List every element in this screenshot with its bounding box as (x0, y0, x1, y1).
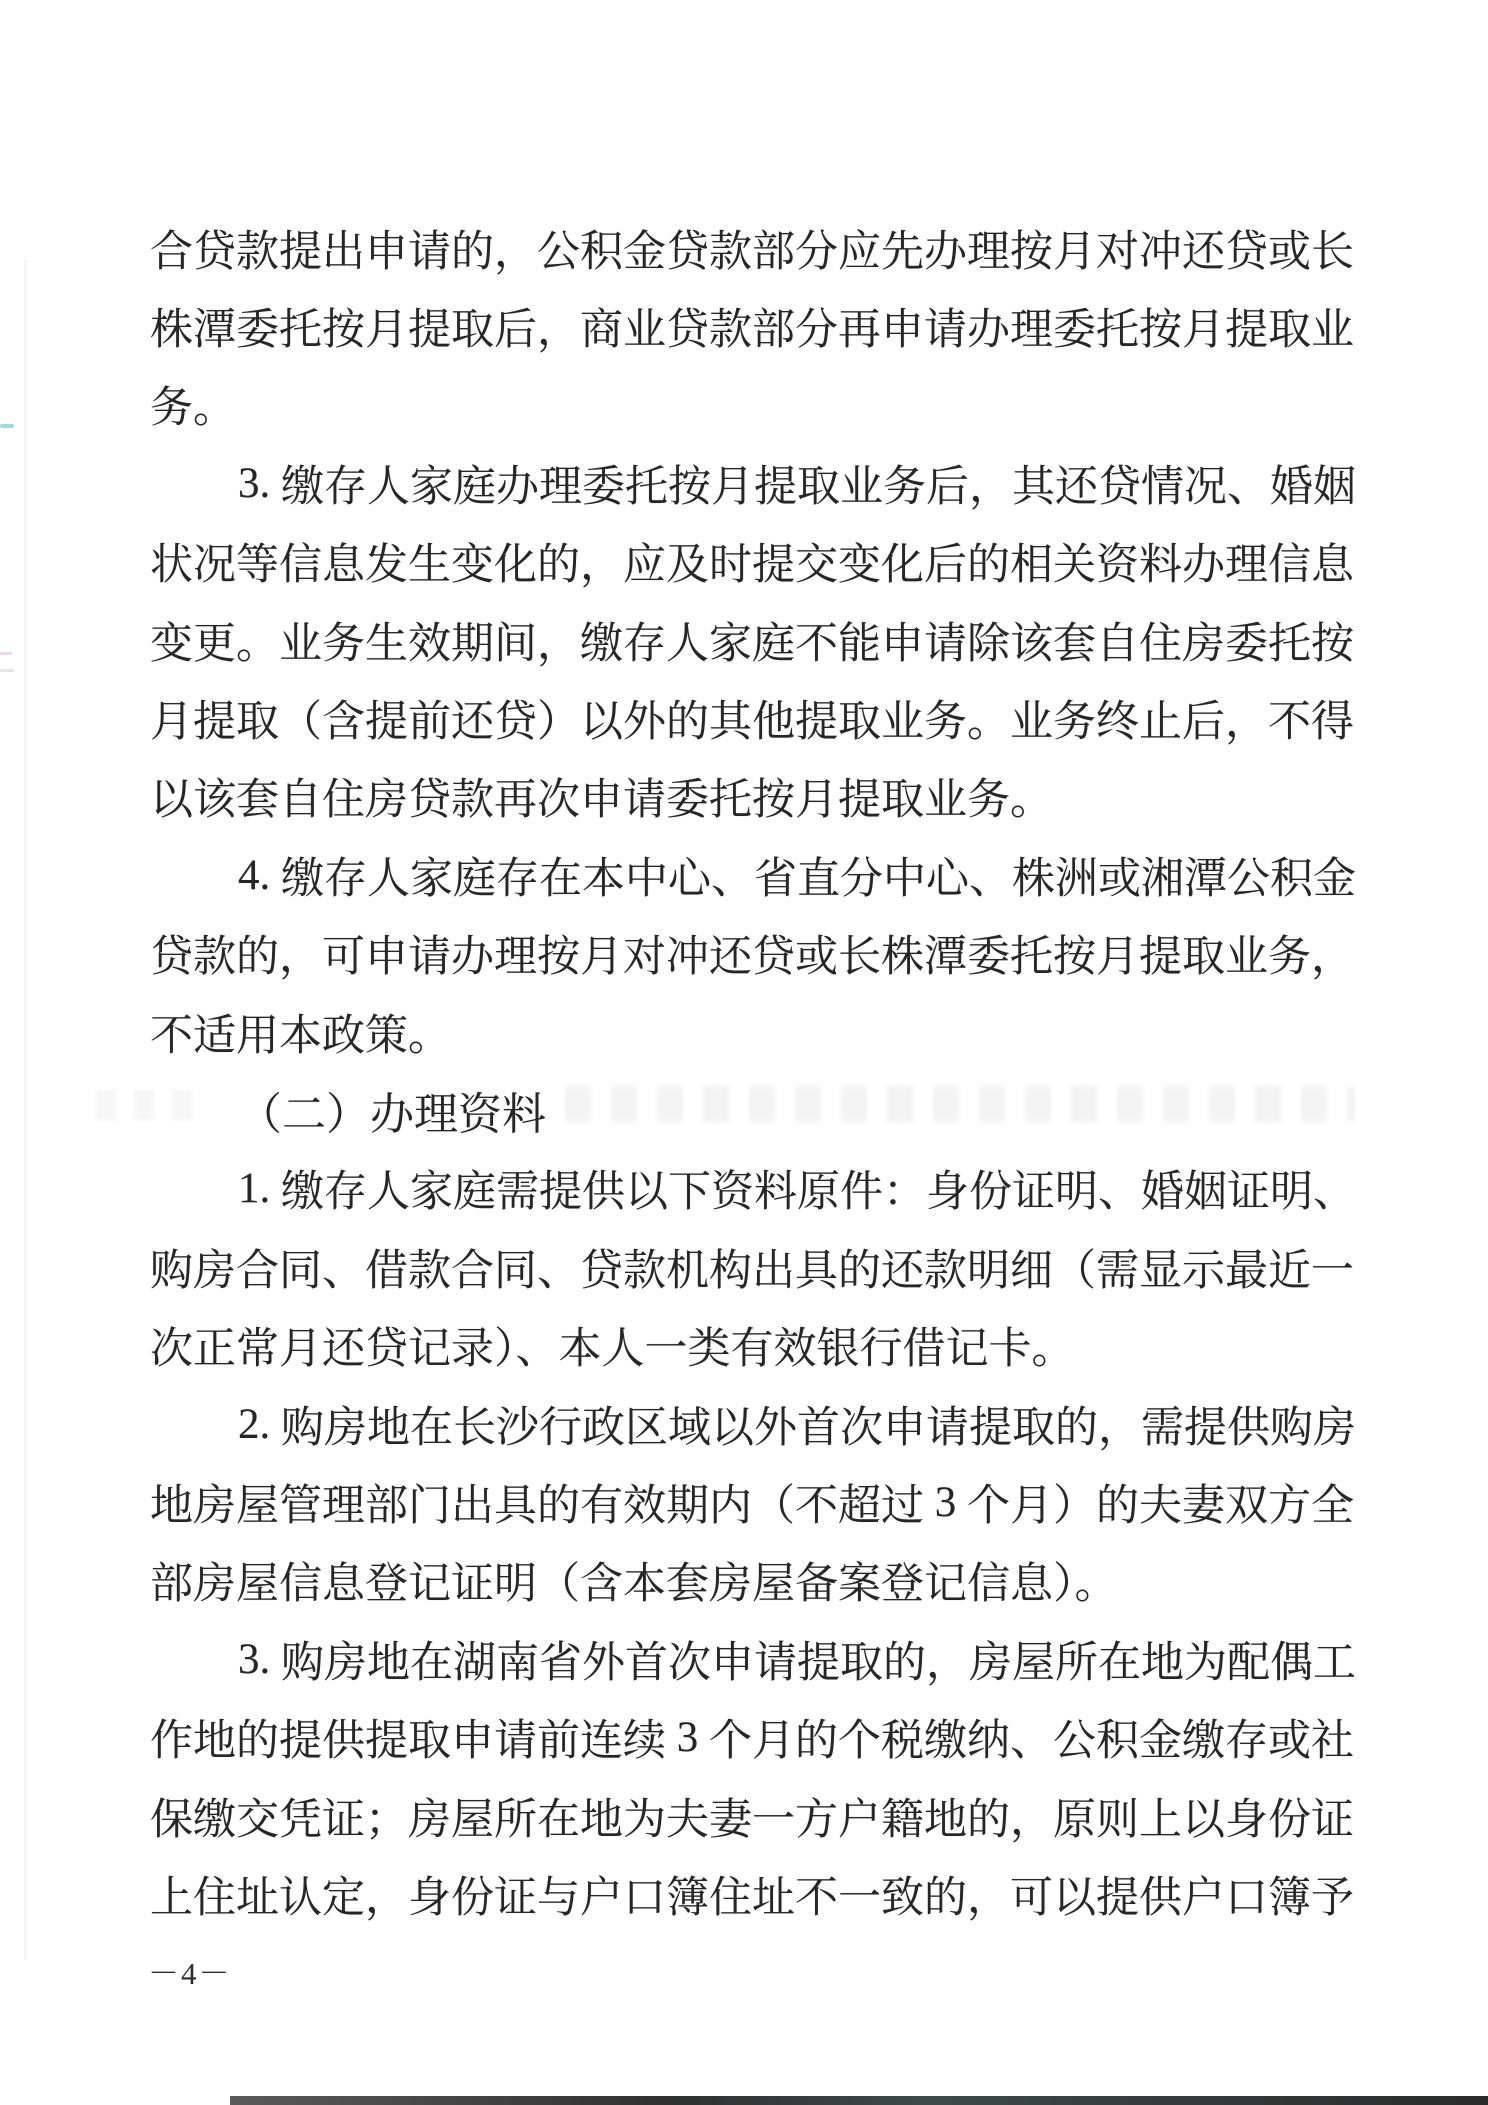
text-line: 次正常月还贷记录）、本人一类有效银行借记卡。 (150, 1306, 1346, 1384)
text-line: 变更。业务生效期间，缴存人家庭不能申请除该套自住房委托按 (150, 601, 1346, 679)
document-lines: 合贷款提出申请的，公积金贷款部分应先办理按月对冲还贷或长株潭委托按月提取后，商业… (150, 209, 1346, 1934)
text-line: 2. 购房地在长沙行政区域以外首次申请提取的，需提供购房 (150, 1385, 1346, 1463)
text-line: 3. 购房地在湖南省外首次申请提取的，房屋所在地为配偶工 (150, 1620, 1346, 1698)
text-line: 地房屋管理部门出具的有效期内（不超过 3 个月）的夫妻双方全 (150, 1463, 1346, 1541)
scan-artifact-edge-shadow (24, 260, 27, 1960)
scan-artifact-cyan-line (0, 424, 14, 428)
text-line: 作地的提供提取申请前连续 3 个月的个税缴纳、公积金缴存或社 (150, 1698, 1346, 1776)
document-page: 合贷款提出申请的，公积金贷款部分应先办理按月对冲还贷或长株潭委托按月提取后，商业… (0, 0, 1488, 2105)
text-line: 3. 缴存人家庭办理委托按月提取业务后，其还贷情况、婚姻 (150, 444, 1346, 522)
text-line: 务。 (150, 366, 1346, 444)
text-line: 4. 缴存人家庭存在本中心、省直分中心、株洲或湘潭公积金 (150, 836, 1346, 914)
text-line: 以该套自住房贷款再次申请委托按月提取业务。 (150, 758, 1346, 836)
text-line: 不适用本政策。 (150, 993, 1346, 1071)
text-line: 状况等信息发生变化的，应及时提交变化后的相关资料办理信息 (150, 523, 1346, 601)
page-number: －4－ (148, 1948, 232, 1993)
text-line: 株潭委托按月提取后，商业贷款部分再申请办理委托按月提取业 (150, 287, 1346, 365)
text-line: 贷款的，可申请办理按月对冲还贷或长株潭委托按月提取业务， (150, 915, 1346, 993)
text-line: 购房合同、借款合同、贷款机构出具的还款明细（需显示最近一 (150, 1228, 1346, 1306)
text-line: 上住址认定，身份证与户口簿住址不一致的，可以提供户口簿予 (150, 1855, 1346, 1933)
text-line: 部房屋信息登记证明（含本套房屋备案登记信息）。 (150, 1542, 1346, 1620)
scan-artifact-pink-line (0, 652, 12, 655)
text-line: 保缴交凭证；房屋所在地为夫妻一方户籍地的，原则上以身份证 (150, 1777, 1346, 1855)
scan-artifact-green-line (0, 669, 14, 672)
text-line: 1. 缴存人家庭需提供以下资料原件：身份证明、婚姻证明、 (150, 1150, 1346, 1228)
section-heading: （二）办理资料 (150, 1071, 1346, 1149)
text-line: 合贷款提出申请的，公积金贷款部分应先办理按月对冲还贷或长 (150, 209, 1346, 287)
text-line: 月提取（含提前还贷）以外的其他提取业务。业务终止后，不得 (150, 679, 1346, 757)
scan-artifact-bottom-edge (230, 2096, 1488, 2105)
